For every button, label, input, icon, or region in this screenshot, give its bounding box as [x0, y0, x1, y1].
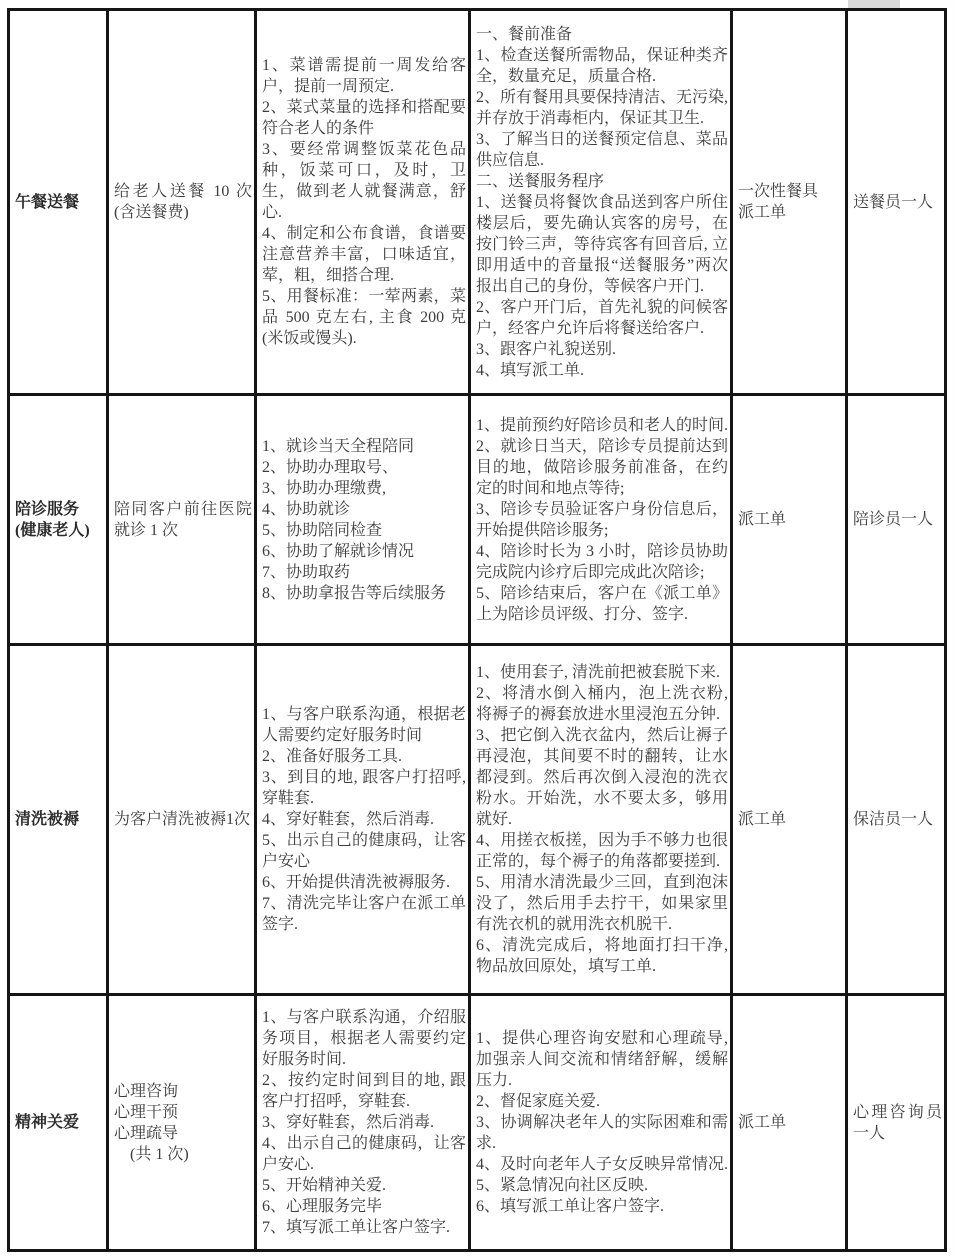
- table-row: 清洗被褥 为客户清洗被褥1次 1、与客户联系沟通，根据老人需要约定好服务时间 2…: [9, 645, 946, 995]
- service-requirements-cell: 1、与客户联系沟通，介绍服务项目，根据老人需要约定好服务时间. 2、按约定时间到…: [256, 995, 470, 1251]
- service-procedure-cell: 1、使用套子, 清洗前把被套脱下来. 2、将清水倒入桶内，泡上洗衣粉, 将褥子的…: [470, 645, 732, 995]
- work-order-cell: 一次性餐具 派工单: [732, 10, 847, 395]
- table-row: 午餐送餐 给老人送餐 10 次 (含送餐费) 1、菜谱需提前一周发给客户，提前一…: [9, 10, 946, 395]
- document-page: 午餐送餐 给老人送餐 10 次 (含送餐费) 1、菜谱需提前一周发给客户，提前一…: [0, 0, 954, 1256]
- service-procedure-cell: 1、提前预约好陪诊员和老人的时间. 2、就诊日当天，陪诊专员提前达到目的地，做陪…: [470, 395, 732, 645]
- work-order-cell: 派工单: [732, 995, 847, 1251]
- work-order-cell: 派工单: [732, 395, 847, 645]
- service-requirements-cell: 1、菜谱需提前一周发给客户，提前一周预定. 2、菜式菜量的选择和搭配要符合老人的…: [256, 10, 470, 395]
- work-order-cell: 派工单: [732, 645, 847, 995]
- table-row: 陪诊服务 (健康老人) 陪同客户前往医院就诊 1 次 1、就诊当天全程陪同 2、…: [9, 395, 946, 645]
- service-procedure-cell: 1、提供心理咨询安慰和心理疏导, 加强亲人间交流和情绪舒解，缓解压力. 2、督促…: [470, 995, 732, 1251]
- service-requirements-cell: 1、与客户联系沟通，根据老人需要约定好服务时间 2、准备好服务工具. 3、到目的…: [256, 645, 470, 995]
- service-quantity-cell: 为客户清洗被褥1次: [108, 645, 256, 995]
- service-name-cell: 午餐送餐: [9, 10, 108, 395]
- staff-cell: 心理咨询员一人: [847, 995, 946, 1251]
- service-quantity-cell: 心理咨询 心理干预 心理疏导 (共 1 次): [108, 995, 256, 1251]
- service-quantity-cell: 陪同客户前往医院就诊 1 次: [108, 395, 256, 645]
- service-table: 午餐送餐 给老人送餐 10 次 (含送餐费) 1、菜谱需提前一周发给客户，提前一…: [7, 8, 947, 1252]
- service-procedure-cell: 一、餐前准备 1、检查送餐所需物品，保证种类齐全，数量充足，质量合格. 2、所有…: [470, 10, 732, 395]
- staff-cell: 保洁员一人: [847, 645, 946, 995]
- service-name-cell: 陪诊服务 (健康老人): [9, 395, 108, 645]
- service-name-cell: 清洗被褥: [9, 645, 108, 995]
- staff-cell: 送餐员一人: [847, 10, 946, 395]
- service-name-cell: 精神关爱: [9, 995, 108, 1251]
- table-row: 精神关爱 心理咨询 心理干预 心理疏导 (共 1 次) 1、与客户联系沟通，介绍…: [9, 995, 946, 1251]
- staff-cell: 陪诊员一人: [847, 395, 946, 645]
- service-quantity-cell: 给老人送餐 10 次 (含送餐费): [108, 10, 256, 395]
- service-requirements-cell: 1、就诊当天全程陪同 2、协助办理取号、 3、协助办理缴费, 4、协助就诊 5、…: [256, 395, 470, 645]
